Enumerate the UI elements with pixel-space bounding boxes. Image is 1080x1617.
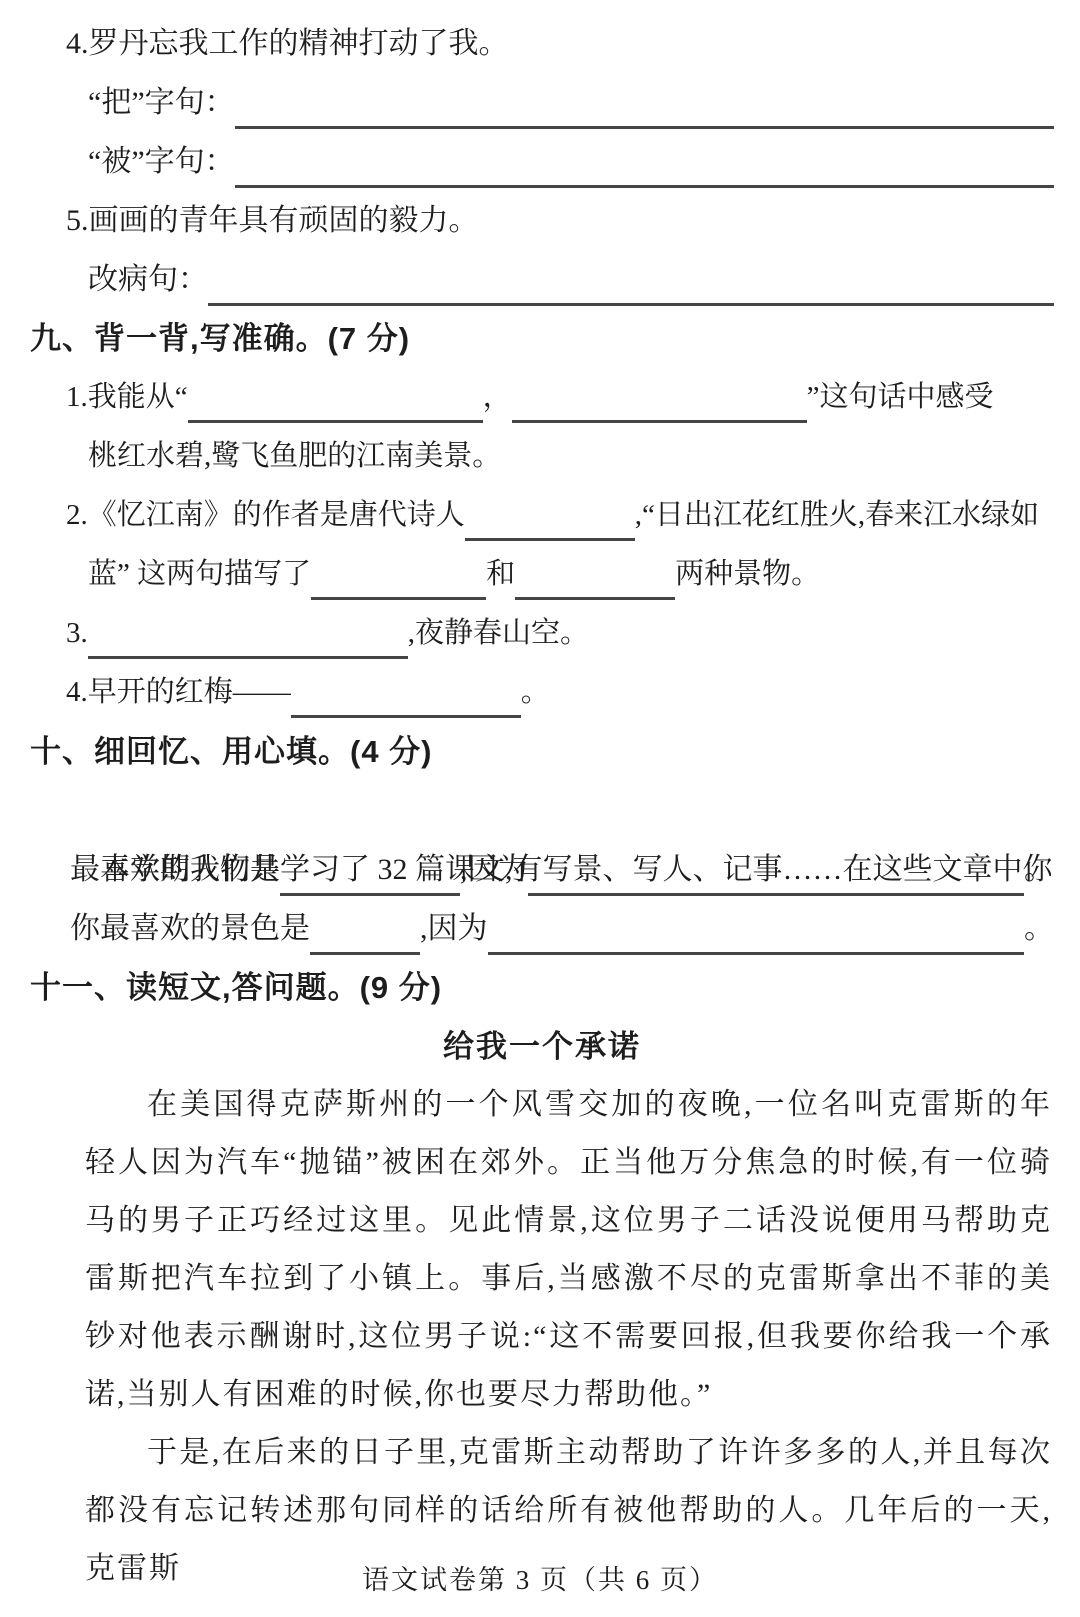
section-11-title: 十一、读短文,答问题。(9 分) [30, 958, 442, 1017]
section-10-title: 十、细回忆、用心填。(4 分) [30, 722, 433, 781]
s10-fav-person-period: 。 [1024, 840, 1054, 899]
s9-q4-pre: 4.早开的红梅—— [66, 663, 291, 722]
answer-blank[interactable] [515, 551, 675, 600]
section-10-header: 十、细回忆、用心填。(4 分) [30, 722, 1054, 781]
s9-q2b-post: 两种景物。 [675, 545, 820, 604]
s9-q3-line: 3. ,夜静春山空。 [66, 604, 1054, 663]
bei-sentence-label: “被”字句： [88, 132, 235, 191]
s10-fav-person-pre: 最喜欢的人物是 [70, 840, 280, 899]
question-5-text: 5.画画的青年具有顽固的毅力。 [66, 191, 479, 250]
s9-q4-line: 4.早开的红梅—— 。 [66, 663, 1054, 722]
answer-blank[interactable] [280, 847, 460, 896]
s9-q1-line2-text: 桃红水碧,鹭飞鱼肥的江南美景。 [88, 427, 501, 486]
s10-fav-scene-because: ,因为 [420, 899, 488, 958]
page-footer: 语文试卷第 3 页（共 6 页） [0, 1558, 1080, 1597]
answer-blank[interactable] [291, 669, 521, 718]
section-11-header: 十一、读短文,答问题。(9 分) [30, 958, 1054, 1017]
s9-q3-num: 3. [66, 604, 88, 663]
section-9-header: 九、背一背,写准确。(7 分) [30, 309, 1054, 368]
s10-fav-scene-line: 你最喜欢的景色是 ,因为 。 [70, 899, 1054, 958]
s9-q1-line1: 1.我能从“ ， ”这句话中感受 [66, 368, 1054, 427]
answer-blank[interactable] [235, 139, 1054, 188]
s9-q4-period: 。 [521, 663, 550, 722]
s10-intro-line: 本学期我们共学习了 32 篇课文,有写景、写人、记事……在这些文章中你 [70, 781, 1054, 840]
s10-fav-person-because: ,因为 [460, 840, 528, 899]
passage-title-text: 给我一个承诺 [443, 1017, 641, 1076]
s9-q1-line2: 桃红水碧,鹭飞鱼肥的江南美景。 [88, 427, 1054, 486]
answer-blank[interactable] [512, 374, 807, 423]
s9-q2-line1: 2.《忆江南》的作者是唐代诗人 ,“日出江花红胜火,春来江水绿如 [66, 486, 1054, 545]
answer-blank[interactable] [465, 492, 635, 541]
s9-q2-pre: 2.《忆江南》的作者是唐代诗人 [66, 486, 465, 545]
answer-blank[interactable] [208, 257, 1054, 306]
answer-blank[interactable] [235, 80, 1054, 129]
s9-q1-comma: ， [483, 368, 512, 427]
answer-blank[interactable] [488, 906, 1025, 955]
exam-page: 4.罗丹忘我工作的精神打动了我。 “把”字句： “被”字句： 5.画画的青年具有… [0, 0, 1080, 1617]
s10-fav-scene-period: 。 [1024, 899, 1054, 958]
answer-blank[interactable] [311, 551, 486, 600]
bei-sentence-line: “被”字句： [88, 132, 1054, 191]
s9-q1-pre: 1.我能从“ [66, 368, 188, 427]
answer-blank[interactable] [88, 610, 408, 659]
s9-q2-line2: 蓝” 这两句描写了 和 两种景物。 [88, 545, 1054, 604]
ba-sentence-label: “把”字句： [88, 73, 235, 132]
question-5-stem: 5.画画的青年具有顽固的毅力。 [66, 191, 1054, 250]
ba-sentence-line: “把”字句： [88, 73, 1054, 132]
answer-blank[interactable] [310, 906, 420, 955]
s9-q2b-and: 和 [486, 545, 515, 604]
question-4-stem: 4.罗丹忘我工作的精神打动了我。 [66, 14, 1054, 73]
passage-title: 给我一个承诺 [30, 1017, 1054, 1076]
s9-q3-post: ,夜静春山空。 [408, 604, 589, 663]
s10-fav-scene-pre: 你最喜欢的景色是 [70, 899, 310, 958]
section-9-title: 九、背一背,写准确。(7 分) [30, 309, 410, 368]
fix-sentence-label: 改病句： [88, 250, 208, 309]
fix-sentence-line: 改病句： [88, 250, 1054, 309]
answer-blank[interactable] [528, 847, 1025, 896]
s9-q2b-pre: 蓝” 这两句描写了 [88, 545, 311, 604]
question-4-text: 4.罗丹忘我工作的精神打动了我。 [66, 14, 509, 73]
passage-paragraph-1: 在美国得克萨斯州的一个风雪交加的夜晚,一位名叫克雷斯的年轻人因为汽车“抛锚”被困… [85, 1076, 1052, 1424]
s9-q2-post: ,“日出江花红胜火,春来江水绿如 [635, 486, 1039, 545]
s10-fav-person-line: 最喜欢的人物是 ,因为 。 [70, 840, 1054, 899]
s9-q1-post: ”这句话中感受 [807, 368, 994, 427]
answer-blank[interactable] [188, 374, 483, 423]
